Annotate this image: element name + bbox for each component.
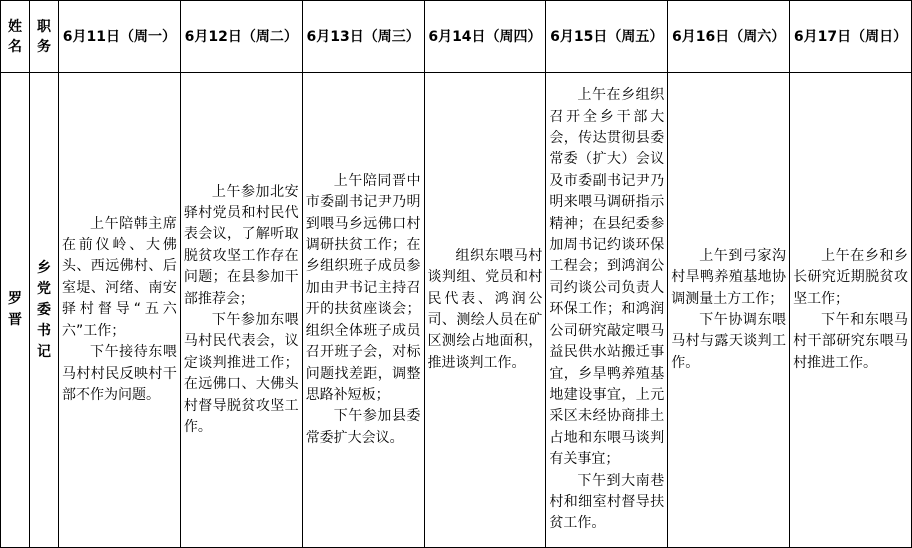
schedule-paragraph: 上午在乡组织召开全乡干部大会，传达贯彻县委常委（扩大）会议及市委副书记尹乃明来喂… <box>549 85 664 470</box>
schedule-paragraph: 上午陪同晋中市委副书记尹乃明到喂马乡远佛口村调研扶贫工作；在乡组织班子成员参加由… <box>306 171 421 406</box>
header-row: 姓名 职务 6月11日（周一） 6月12日（周二） 6月13日（周三） 6月14… <box>1 1 912 73</box>
column-header-date-fri: 6月15日（周五） <box>546 1 668 73</box>
day-cell-thu: 组织东喂马村谈判组、党员和村民代表、鸿润公司、测绘人员在矿区测绘占地面积，推进谈… <box>424 73 546 548</box>
day-cell-fri: 上午在乡组织召开全乡干部大会，传达贯彻县委常委（扩大）会议及市委副书记尹乃明来喂… <box>546 73 668 548</box>
column-header-position: 职务 <box>30 1 59 73</box>
schedule-paragraph: 下午参加县委常委扩大会议。 <box>306 406 421 449</box>
schedule-paragraph: 上午参加北安驿村党员和村民代表会议，了解听取脱贫攻坚工作存在问题；在县参加干部推… <box>184 182 299 310</box>
schedule-paragraph: 下午到大南巷村和细室村督导扶贫工作。 <box>549 471 664 535</box>
schedule-paragraph: 下午和东喂马村干部研究东喂马村推进工作。 <box>793 310 908 374</box>
schedule-paragraph: 上午在乡和乡长研究近期脱贫攻坚工作； <box>793 246 908 310</box>
column-header-date-mon: 6月11日（周一） <box>59 1 181 73</box>
day-cell-tue: 上午参加北安驿村党员和村民代表会议，了解听取脱贫攻坚工作存在问题；在县参加干部推… <box>180 73 302 548</box>
day-cell-mon: 上午陪韩主席在前仪岭、大佛头、西远佛村、后室堤、河绪、南安驿村督导“五六六”工作… <box>59 73 181 548</box>
schedule-paragraph: 下午协调东喂马村与露天谈判工作。 <box>671 310 786 374</box>
table-row: 罗晋 乡党委书记 上午陪韩主席在前仪岭、大佛头、西远佛村、后室堤、河绪、南安驿村… <box>1 73 912 548</box>
day-cell-sun: 上午在乡和乡长研究近期脱贫攻坚工作； 下午和东喂马村干部研究东喂马村推进工作。 <box>790 73 912 548</box>
day-cell-sat: 上午到弓家沟村旱鸭养殖基地协调测量土方工作； 下午协调东喂马村与露天谈判工作。 <box>668 73 790 548</box>
schedule-paragraph: 下午接待东喂马村村民反映村干部不作为问题。 <box>62 342 177 406</box>
schedule-table-body: 罗晋 乡党委书记 上午陪韩主席在前仪岭、大佛头、西远佛村、后室堤、河绪、南安驿村… <box>1 73 912 548</box>
schedule-table: 姓名 职务 6月11日（周一） 6月12日（周二） 6月13日（周三） 6月14… <box>0 0 912 548</box>
column-header-date-wed: 6月13日（周三） <box>302 1 424 73</box>
schedule-table-header: 姓名 职务 6月11日（周一） 6月12日（周二） 6月13日（周三） 6月14… <box>1 1 912 73</box>
cell-position: 乡党委书记 <box>30 73 59 548</box>
schedule-paragraph: 上午陪韩主席在前仪岭、大佛头、西远佛村、后室堤、河绪、南安驿村督导“五六六”工作… <box>62 214 177 342</box>
schedule-paragraph: 下午参加东喂马村民代表会，议定谈判推进工作；在远佛口、大佛头村督导脱贫攻坚工作。 <box>184 310 299 438</box>
schedule-paragraph: 上午到弓家沟村旱鸭养殖基地协调测量土方工作； <box>671 246 786 310</box>
column-header-date-sat: 6月16日（周六） <box>668 1 790 73</box>
day-cell-wed: 上午陪同晋中市委副书记尹乃明到喂马乡远佛口村调研扶贫工作；在乡组织班子成员参加由… <box>302 73 424 548</box>
column-header-date-sun: 6月17日（周日） <box>790 1 912 73</box>
column-header-date-tue: 6月12日（周二） <box>180 1 302 73</box>
column-header-name: 姓名 <box>1 1 30 73</box>
cell-name: 罗晋 <box>1 73 30 548</box>
column-header-date-thu: 6月14日（周四） <box>424 1 546 73</box>
schedule-paragraph: 组织东喂马村谈判组、党员和村民代表、鸿润公司、测绘人员在矿区测绘占地面积，推进谈… <box>428 246 543 374</box>
